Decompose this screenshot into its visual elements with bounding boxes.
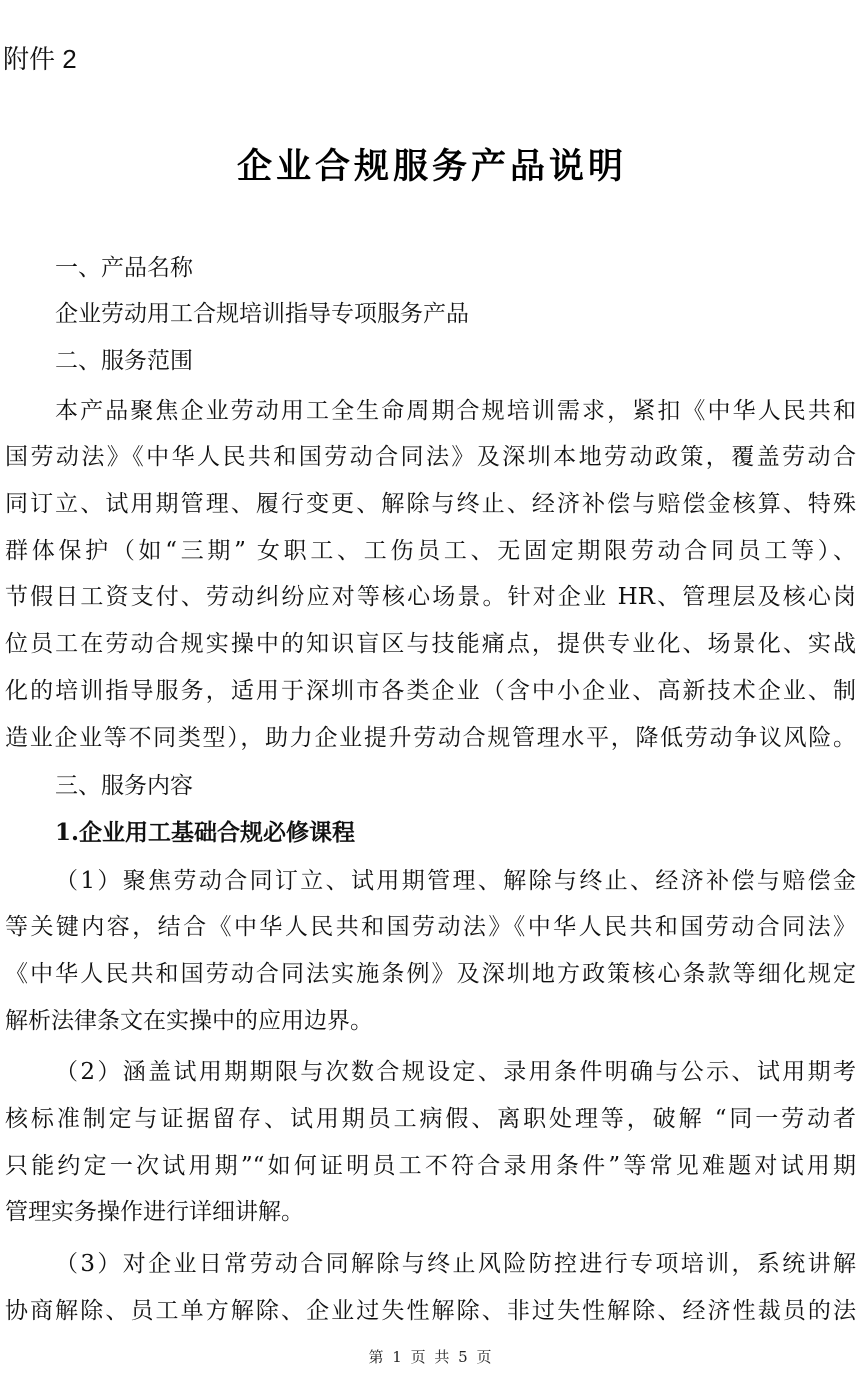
text-line: 等关键内容，结合《中华人民共和国劳动法》《中华人民共和国劳动合同法》: [5, 904, 856, 951]
text-line: （3）对企业日常劳动合同解除与终止风险防控进行专项培训，系统讲解: [5, 1241, 856, 1288]
text-line: 节假日工资支付、劳动纠纷应对等核心场景。针对企业 HR、管理层及核心岗: [5, 574, 856, 621]
text-line: 协商解除、员工单方解除、企业过失性解除、非过失性解除、经济性裁员的法: [5, 1288, 856, 1335]
text-line: 管理实务操作进行详细讲解。: [5, 1189, 856, 1236]
section-heading: 一、产品名称: [5, 245, 856, 292]
document-body: 一、产品名称 企业劳动用工合规培训指导专项服务产品 二、服务范围 本产品聚焦企业…: [5, 245, 856, 1335]
paragraph: （3）对企业日常劳动合同解除与终止风险防控进行专项培训，系统讲解 协商解除、员工…: [5, 1241, 856, 1334]
text-line: 《中华人民共和国劳动合同法实施条例》及深圳地方政策核心条款等细化规定: [5, 951, 856, 998]
page-number-footer: 第 1 页 共 5 页: [0, 1346, 860, 1368]
paragraph: 本产品聚焦企业劳动用工全生命周期合规培训需求，紧扣《中华人民共和 国劳动法》《中…: [5, 388, 856, 762]
section-heading: 二、服务范围: [5, 338, 856, 385]
text-line: 化的培训指导服务，适用于深圳市各类企业（含中小企业、高新技术企业、制: [5, 668, 856, 715]
paragraph: （1）聚焦劳动合同订立、试用期管理、解除与终止、经济补偿与赔偿金 等关键内容，结…: [5, 858, 856, 1045]
paragraph: （2）涵盖试用期期限与次数合规设定、录用条件明确与公示、试用期考 核标准制定与证…: [5, 1049, 856, 1236]
text-line: 造业企业等不同类型），助力企业提升劳动合规管理水平，降低劳动争议风险。: [5, 715, 856, 762]
product-name-text: 企业劳动用工合规培训指导专项服务产品: [5, 291, 856, 338]
text-line: 解析法律条文在实操中的应用边界。: [5, 998, 856, 1045]
text-line: 国劳动法》《中华人民共和国劳动合同法》及深圳本地劳动政策，覆盖劳动合: [5, 434, 856, 481]
section-service-content: 三、服务内容 1.企业用工基础合规必修课程 （1）聚焦劳动合同订立、试用期管理、…: [5, 763, 856, 1334]
text-line: 只能约定一次试用期”“如何证明员工不符合录用条件”等常见难题对试用期: [5, 1143, 856, 1190]
section-heading: 三、服务内容: [5, 763, 856, 810]
text-line: 群体保护（如“三期” 女职工、工伤员工、无固定期限劳动合同员工等）、: [5, 528, 856, 575]
text-line: （2）涵盖试用期期限与次数合规设定、录用条件明确与公示、试用期考: [5, 1049, 856, 1096]
section-service-scope: 二、服务范围 本产品聚焦企业劳动用工全生命周期合规培训需求，紧扣《中华人民共和 …: [5, 338, 856, 761]
text-line: 本产品聚焦企业劳动用工全生命周期合规培训需求，紧扣《中华人民共和: [5, 388, 856, 435]
attachment-label: 附件 2: [3, 42, 77, 76]
subsection-heading: 1.企业用工基础合规必修课程: [5, 810, 856, 857]
section-product-name: 一、产品名称 企业劳动用工合规培训指导专项服务产品: [5, 245, 856, 338]
document-title: 企业合规服务产品说明: [0, 145, 860, 189]
text-line: 核标准制定与证据留存、试用期员工病假、离职处理等，破解 “同一劳动者: [5, 1096, 856, 1143]
text-line: （1）聚焦劳动合同订立、试用期管理、解除与终止、经济补偿与赔偿金: [5, 858, 856, 905]
text-line: 位员工在劳动合规实操中的知识盲区与技能痛点，提供专业化、场景化、实战: [5, 621, 856, 668]
text-line: 同订立、试用期管理、履行变更、解除与终止、经济补偿与赔偿金核算、特殊: [5, 481, 856, 528]
